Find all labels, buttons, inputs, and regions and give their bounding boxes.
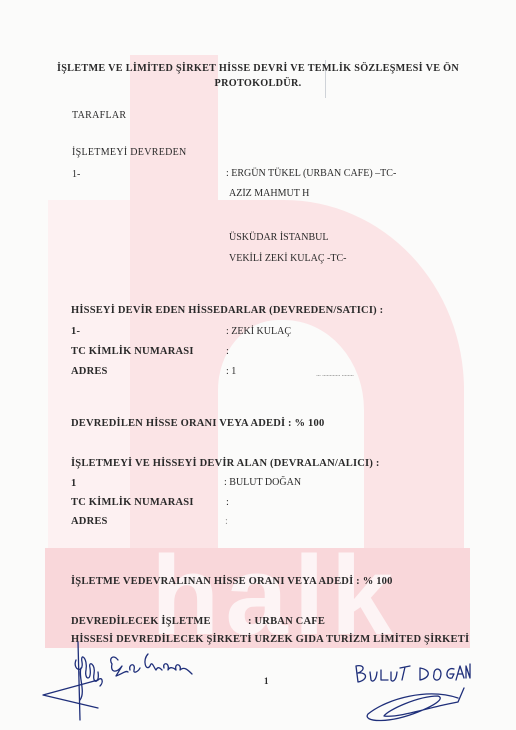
transferred-share-value: : % 100: [288, 418, 324, 429]
transferor-name: : ERGÜN TÜKEL (URBAN CAFE) –TC-: [226, 168, 396, 179]
sellers-tc-value: :: [226, 346, 229, 357]
page-number: 1: [264, 676, 269, 686]
buyer-heading: İŞLETMEYİ VE HİSSEYİ DEVİR ALAN (DEVRALA…: [71, 458, 380, 469]
business-label: DEVREDİLECEK İŞLETME: [71, 616, 211, 627]
watermark-h-stem: [130, 55, 218, 550]
buyer-address-value: :: [225, 516, 228, 527]
document-page: halk İŞLETME VE LİMİTED ŞİRKET HİSSE DEV…: [0, 0, 516, 730]
sellers-heading: HİSSEYİ DEVİR EDEN HİSSEDARLAR (DEVREDEN…: [71, 305, 383, 316]
business-value: : URBAN CAFE: [248, 616, 325, 627]
company-value: : URZEK GIDA TURİZM LİMİTED ŞİRKETİ: [248, 634, 469, 645]
buyer-address-label: ADRES: [71, 516, 108, 527]
watermark-h-counter: [218, 320, 364, 550]
buyer-tc-value: :: [226, 497, 229, 508]
buyer-index: 1: [71, 478, 76, 489]
transferor-proxy: VEKİLİ ZEKİ KULAÇ -TC-: [229, 253, 346, 264]
transferor-address-line2: ÜSKÜDAR İSTANBUL: [229, 232, 328, 243]
transferor-heading: İŞLETMEYİ DEVREDEN: [72, 147, 187, 158]
signature-zeki-kulac: [38, 640, 208, 725]
sellers-name: : ZEKİ KULAÇ: [226, 326, 291, 337]
sellers-address-value: : 1: [226, 366, 236, 377]
transferred-share-label: DEVREDİLEN HİSSE ORANI VEYA ADEDİ: [71, 418, 285, 429]
sellers-index: 1-: [71, 326, 80, 337]
transferor-index: 1-: [72, 169, 80, 180]
signature-bulut-dogan: [348, 658, 478, 728]
document-title-line2: PROTOKOLDÜR.: [0, 78, 516, 89]
buyer-tc-label: TC KİMLİK NUMARASI: [71, 497, 194, 508]
acquired-share-line: İŞLETME VEDEVRALINAN HİSSE ORANI VEYA AD…: [71, 576, 393, 587]
buyer-name: : BULUT DOĞAN: [224, 477, 301, 488]
transferor-address-line1: AZİZ MAHMUT HUDAYİ MH: [229, 188, 359, 199]
parties-heading: TARAFLAR: [72, 110, 126, 121]
sellers-address-label: ADRES: [71, 366, 108, 377]
sellers-address-redacted: ... ............ ........: [316, 369, 354, 378]
document-title-line1: İŞLETME VE LİMİTED ŞİRKET HİSSE DEVRİ VE…: [0, 63, 516, 74]
sellers-tc-label: TC KİMLİK NUMARASI: [71, 346, 194, 357]
